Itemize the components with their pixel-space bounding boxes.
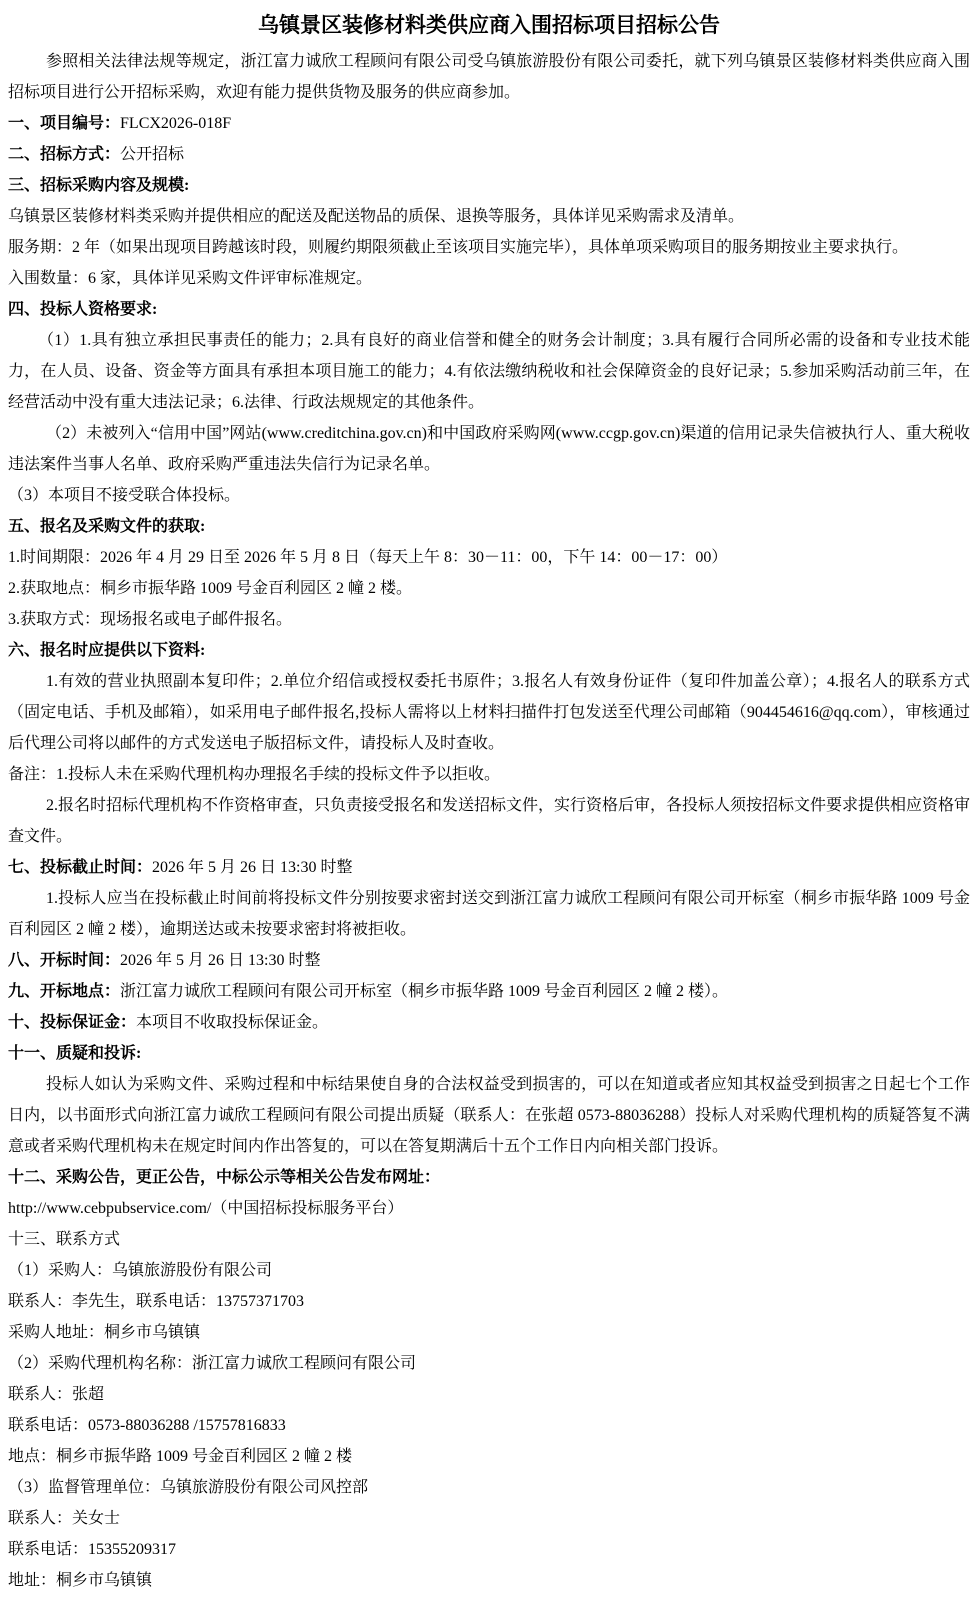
- text-run: 备注：1.投标人未在采购代理机构办理报名手续的投标文件予以拒收。: [8, 766, 500, 783]
- text-run: 地点：桐乡市振华路 1009 号金百利园区 2 幢 2 楼: [8, 1448, 352, 1465]
- section-label: 三、招标采购内容及规模:: [8, 177, 189, 194]
- paragraph-obtain-time: 1.时间期限：2026 年 4 月 29 日至 2026 年 5 月 8 日（每…: [8, 542, 970, 573]
- text-run: 联系电话：0573-88036288 /15757816833: [8, 1417, 286, 1434]
- paragraph-materials-note-2: 2.报名时招标代理机构不作资格审查，只负责接受报名和发送招标文件，实行资格后审，…: [8, 790, 970, 852]
- section-label: 一、项目编号：: [8, 115, 120, 132]
- section-label: 七、投标截止时间：: [8, 859, 152, 876]
- text-run: http://www.cebpubservice.com/（中国招标投标服务平台…: [8, 1200, 403, 1217]
- paragraph-sec-12-announce-heading: 十二、采购公告，更正公告，中标公示等相关公告发布网址：: [8, 1162, 970, 1193]
- document-title: 乌镇景区装修材料类供应商入围招标项目招标公告: [8, 10, 970, 40]
- text-run: （1）1.具有独立承担民事责任的能力；2.具有良好的商业信誉和健全的财务会计制度…: [8, 332, 970, 411]
- paragraph-sec-07-deadline: 七、投标截止时间：2026 年 5 月 26 日 13:30 时整: [8, 852, 970, 883]
- text-run: 采购人地址：桐乡市乌镇镇: [8, 1324, 200, 1341]
- paragraph-intro: 参照相关法律法规等规定，浙江富力诚欣工程顾问有限公司受乌镇旅游股份有限公司委托，…: [8, 46, 970, 108]
- text-run: 1.时间期限：2026 年 4 月 29 日至 2026 年 5 月 8 日（每…: [8, 549, 727, 566]
- paragraph-obtain-place: 2.获取地点：桐乡市振华路 1009 号金百利园区 2 幢 2 楼。: [8, 573, 970, 604]
- text-run: 2.报名时招标代理机构不作资格审查，只负责接受报名和发送招标文件，实行资格后审，…: [8, 797, 970, 845]
- paragraph-complaint-body: 投标人如认为采购文件、采购过程和中标结果使自身的合法权益受到损害的，可以在知道或…: [8, 1069, 970, 1162]
- paragraph-deadline-note: 1.投标人应当在投标截止时间前将投标文件分别按要求密封送交到浙江富力诚欣工程顾问…: [8, 883, 970, 945]
- paragraph-contact-supervisor-address: 地址：桐乡市乌镇镇: [8, 1565, 970, 1596]
- paragraph-scope-service-period: 服务期：2 年（如果出现项目跨越该时段，则履约期限须截止至该项目实施完毕），具体…: [8, 232, 970, 263]
- text-run: 联系人：李先生，联系电话：13757371703: [8, 1293, 304, 1310]
- paragraph-sec-08-open-time: 八、开标时间：2026 年 5 月 26 日 13:30 时整: [8, 945, 970, 976]
- text-run: 乌镇景区装修材料类采购并提供相应的配送及配送物品的质保、退换等服务，具体详见采购…: [8, 208, 744, 225]
- paragraph-sec-13-contact-heading: 十三、联系方式: [8, 1224, 970, 1255]
- paragraph-sec-06-materials-heading: 六、报名时应提供以下资料:: [8, 635, 970, 666]
- paragraph-obtain-method: 3.获取方式：现场报名或电子邮件报名。: [8, 604, 970, 635]
- paragraph-sec-02-method: 二、招标方式：公开招标: [8, 139, 970, 170]
- text-run: 联系人：张超: [8, 1386, 104, 1403]
- paragraph-sec-10-deposit: 十、投标保证金：本项目不收取投标保证金。: [8, 1007, 970, 1038]
- paragraph-scope-winner-count: 入围数量：6 家，具体详见采购文件评审标准规定。: [8, 263, 970, 294]
- paragraph-contact-supervisor: （3）监督管理单位：乌镇旅游股份有限公司风控部: [8, 1472, 970, 1503]
- paragraph-sec-09-open-place: 九、开标地点：浙江富力诚欣工程顾问有限公司开标室（桐乡市振华路 1009 号金百…: [8, 976, 970, 1007]
- text-run: 2026 年 5 月 26 日 13:30 时整: [120, 952, 320, 969]
- section-label: 四、投标人资格要求:: [8, 301, 157, 318]
- paragraph-qualification-2: （2）未被列入“信用中国”网站(www.creditchina.gov.cn)和…: [8, 418, 970, 480]
- paragraph-sec-01-project-no: 一、项目编号：FLCX2026-018F: [8, 108, 970, 139]
- text-run: 公开招标: [120, 146, 184, 163]
- text-run: 3.获取方式：现场报名或电子邮件报名。: [8, 611, 292, 628]
- paragraph-sec-11-complaint-heading: 十一、质疑和投诉:: [8, 1038, 970, 1069]
- paragraph-qualification-1: （1）1.具有独立承担民事责任的能力；2.具有良好的商业信誉和健全的财务会计制度…: [8, 325, 970, 418]
- paragraph-contact-buyer-address: 采购人地址：桐乡市乌镇镇: [8, 1317, 970, 1348]
- paragraph-sec-05-obtain-heading: 五、报名及采购文件的获取:: [8, 511, 970, 542]
- section-label: 八、开标时间：: [8, 952, 120, 969]
- section-label: 六、报名时应提供以下资料:: [8, 642, 205, 659]
- text-run: 2.获取地点：桐乡市振华路 1009 号金百利园区 2 幢 2 楼。: [8, 580, 412, 597]
- paragraph-qualification-3: （3）本项目不接受联合体投标。: [8, 480, 970, 511]
- section-label: 十一、质疑和投诉:: [8, 1045, 141, 1062]
- text-run: （3）监督管理单位：乌镇旅游股份有限公司风控部: [8, 1479, 368, 1496]
- paragraph-materials-list: 1.有效的营业执照副本复印件；2.单位介绍信或授权委托书原件；3.报名人有效身份…: [8, 666, 970, 759]
- text-run: 十三、联系方式: [8, 1231, 120, 1248]
- paragraph-materials-note-1: 备注：1.投标人未在采购代理机构办理报名手续的投标文件予以拒收。: [8, 759, 970, 790]
- text-run: 地址：桐乡市乌镇镇: [8, 1572, 152, 1589]
- paragraph-announce-url: http://www.cebpubservice.com/（中国招标投标服务平台…: [8, 1193, 970, 1224]
- text-run: 1.有效的营业执照副本复印件；2.单位介绍信或授权委托书原件；3.报名人有效身份…: [8, 673, 970, 752]
- section-label: 十、投标保证金：: [8, 1014, 136, 1031]
- document-body: 参照相关法律法规等规定，浙江富力诚欣工程顾问有限公司受乌镇旅游股份有限公司委托，…: [8, 46, 970, 1596]
- paragraph-contact-agent-person: 联系人：张超: [8, 1379, 970, 1410]
- section-label: 二、招标方式：: [8, 146, 120, 163]
- text-run: 服务期：2 年（如果出现项目跨越该时段，则履约期限须截止至该项目实施完毕），具体…: [8, 239, 908, 256]
- announcement-page: 乌镇景区装修材料类供应商入围招标项目招标公告 参照相关法律法规等规定，浙江富力诚…: [0, 0, 980, 1609]
- paragraph-contact-supervisor-person: 联系人：关女士: [8, 1503, 970, 1534]
- paragraph-sec-04-qualification-heading: 四、投标人资格要求:: [8, 294, 970, 325]
- text-run: 入围数量：6 家，具体详见采购文件评审标准规定。: [8, 270, 372, 287]
- section-label: 十二、采购公告，更正公告，中标公示等相关公告发布网址：: [8, 1169, 440, 1186]
- paragraph-contact-agent: （2）采购代理机构名称：浙江富力诚欣工程顾问有限公司: [8, 1348, 970, 1379]
- section-label: 五、报名及采购文件的获取:: [8, 518, 205, 535]
- text-run: （2）未被列入“信用中国”网站(www.creditchina.gov.cn)和…: [8, 425, 970, 473]
- paragraph-contact-agent-phone: 联系电话：0573-88036288 /15757816833: [8, 1410, 970, 1441]
- text-run: 2026 年 5 月 26 日 13:30 时整: [152, 859, 352, 876]
- paragraph-contact-buyer-person: 联系人：李先生，联系电话：13757371703: [8, 1286, 970, 1317]
- text-run: FLCX2026-018F: [120, 115, 231, 132]
- text-run: 1.投标人应当在投标截止时间前将投标文件分别按要求密封送交到浙江富力诚欣工程顾问…: [8, 890, 970, 938]
- text-run: 投标人如认为采购文件、采购过程和中标结果使自身的合法权益受到损害的，可以在知道或…: [8, 1076, 970, 1155]
- text-run: 浙江富力诚欣工程顾问有限公司开标室（桐乡市振华路 1009 号金百利园区 2 幢…: [120, 983, 728, 1000]
- text-run: （2）采购代理机构名称：浙江富力诚欣工程顾问有限公司: [8, 1355, 416, 1372]
- paragraph-sec-03-scope-heading: 三、招标采购内容及规模:: [8, 170, 970, 201]
- paragraph-contact-agent-address: 地点：桐乡市振华路 1009 号金百利园区 2 幢 2 楼: [8, 1441, 970, 1472]
- paragraph-contact-buyer: （1）采购人：乌镇旅游股份有限公司: [8, 1255, 970, 1286]
- paragraph-scope-desc: 乌镇景区装修材料类采购并提供相应的配送及配送物品的质保、退换等服务，具体详见采购…: [8, 201, 970, 232]
- paragraph-contact-supervisor-phone: 联系电话：15355209317: [8, 1534, 970, 1565]
- text-run: 参照相关法律法规等规定，浙江富力诚欣工程顾问有限公司受乌镇旅游股份有限公司委托，…: [8, 53, 970, 101]
- text-run: 联系电话：15355209317: [8, 1541, 176, 1558]
- text-run: （3）本项目不接受联合体投标。: [8, 487, 240, 504]
- text-run: （1）采购人：乌镇旅游股份有限公司: [8, 1262, 272, 1279]
- text-run: 本项目不收取投标保证金。: [136, 1014, 328, 1031]
- section-label: 九、开标地点：: [8, 983, 120, 1000]
- text-run: 联系人：关女士: [8, 1510, 120, 1527]
